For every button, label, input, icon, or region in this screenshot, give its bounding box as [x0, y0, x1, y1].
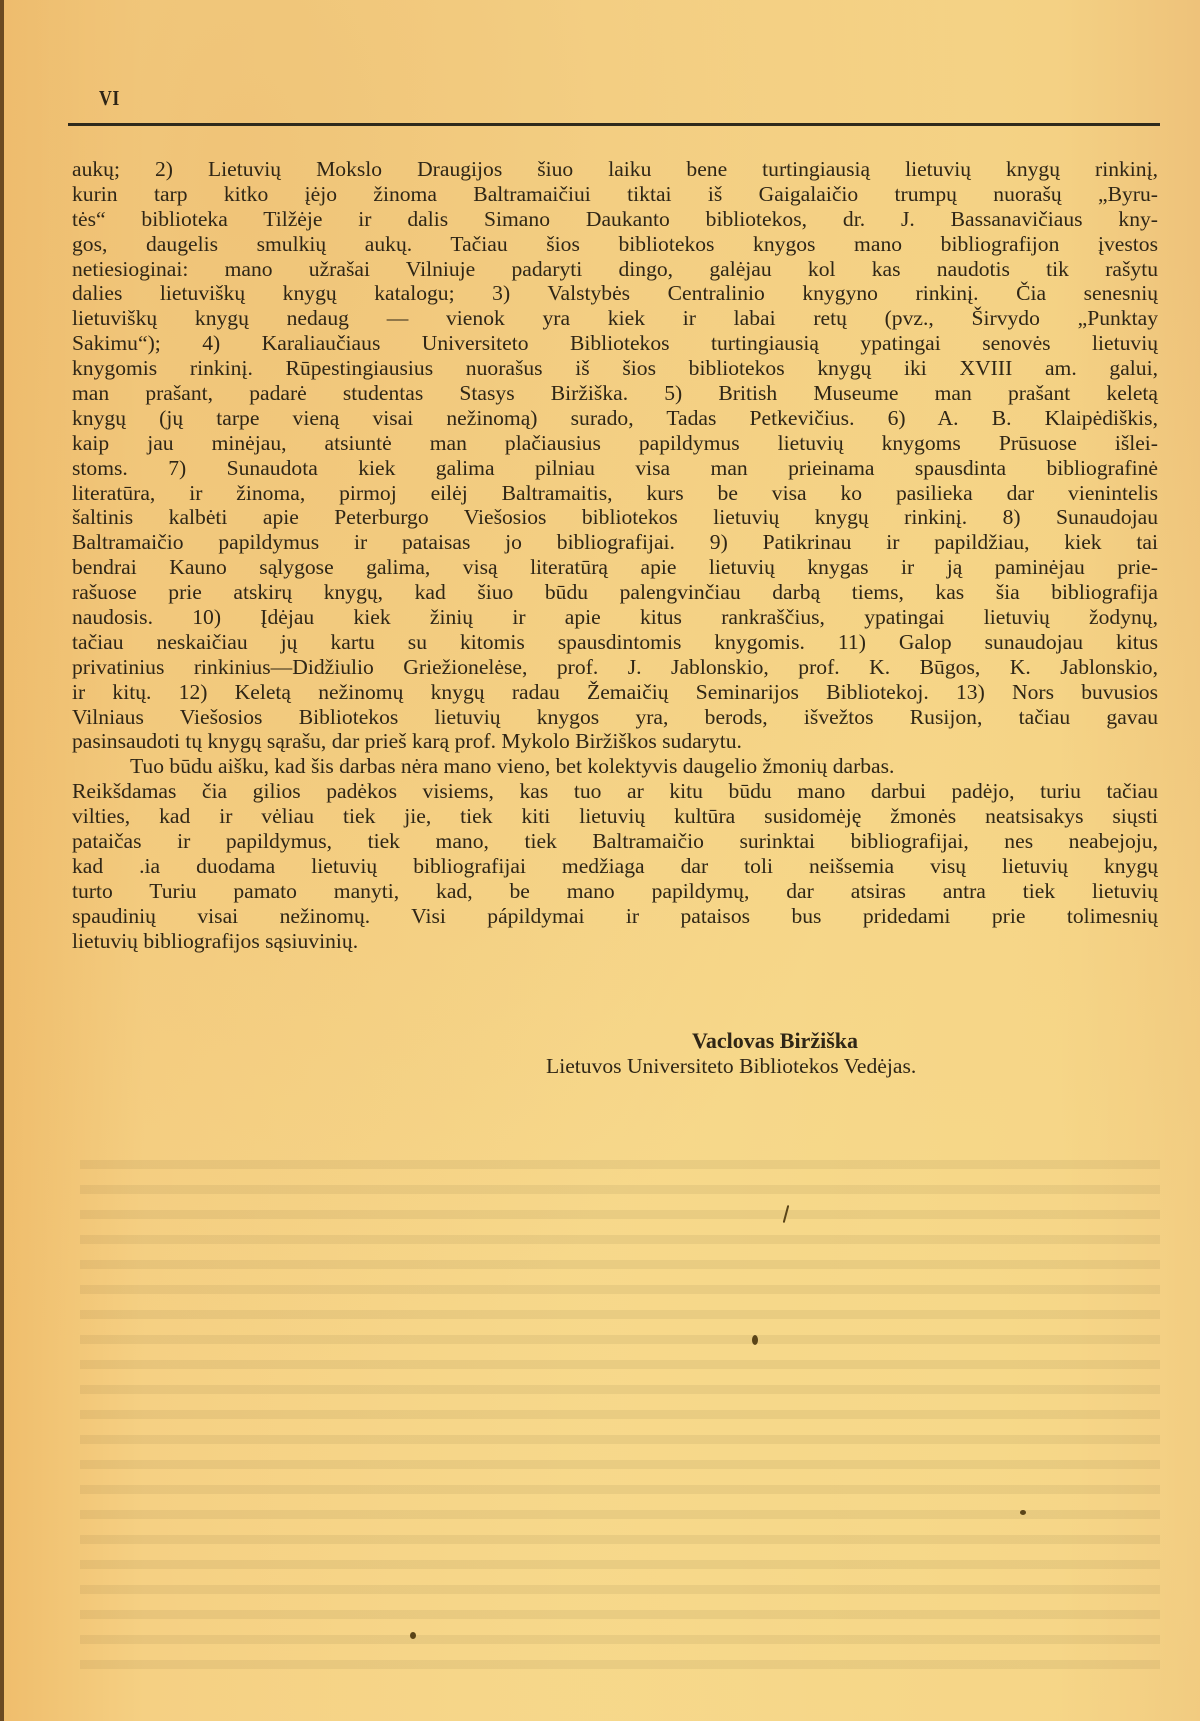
paper-speck — [752, 1335, 758, 1345]
text-line: aukų; 2) Lietuvių Mokslo Draugijos šiuo … — [72, 157, 1158, 182]
scanned-page: VI aukų; 2) Lietuvių Mokslo Draugijos ši… — [0, 0, 1200, 1721]
text-line: kad .ia duodama lietuvių bibliografijai … — [72, 854, 1158, 879]
signature-title: Lietuvos Universiteto Bibliotekos Vedėja… — [546, 1054, 916, 1079]
text-line: tačiau neskaičiau jų kartu su kitomis sp… — [72, 630, 1158, 655]
text-line: netiesioginai: mano užrašai Vilniuje pad… — [72, 257, 1158, 282]
text-line: Tuo būdu aišku, kad šis darbas nėra mano… — [72, 754, 1158, 779]
paper-speck — [410, 1632, 416, 1639]
text-line: knygų (jų tarpe vieną visai nežinomą) su… — [72, 406, 1158, 431]
text-line: literatūra, ir žinoma, pirmoj eilėj Balt… — [72, 481, 1158, 506]
text-line: tės“ biblioteka Tilžėje ir dalis Simano … — [72, 207, 1158, 232]
text-line: rašuose prie atskirų knygų, kad šiuo būd… — [72, 580, 1158, 605]
text-line: dalies lietuviškų knygų katalogu; 3) Val… — [72, 281, 1158, 306]
text-line: man prašant, padarė studentas Stasys Bir… — [72, 381, 1158, 406]
text-line: kurin tarp kitko įėjo žinoma Baltramaiči… — [72, 182, 1158, 207]
paragraph-sources-list: aukų; 2) Lietuvių Mokslo Draugijos šiuo … — [72, 157, 1158, 754]
text-line: Sakimu“); 4) Karaliaučiaus Universiteto … — [72, 331, 1158, 356]
text-line: vilties, kad ir vėliau tiek jie, tiek ki… — [72, 804, 1158, 829]
header-rule — [68, 123, 1160, 126]
text-line: naudosis. 10) Įdėjau kiek žinių ir apie … — [72, 605, 1158, 630]
text-line: gos, daugelis smulkių aukų. Tačiau šios … — [72, 232, 1158, 257]
text-line: Baltramaičio papildymus ir pataisas jo b… — [72, 530, 1158, 555]
text-line: bendrai Kauno sąlygose galima, visą lite… — [72, 555, 1158, 580]
text-line: šaltinis kalbėti apie Peterburgo Viešosi… — [72, 505, 1158, 530]
text-line: turto Turiu pamato manyti, kad, be mano … — [72, 879, 1158, 904]
text-line: ir kitų. 12) Keletą nežinomų knygų radau… — [72, 680, 1158, 705]
text-line: pataičas ir papildymus, tiek mano, tiek … — [72, 829, 1158, 854]
text-line: Vilniaus Viešosios Bibliotekos lietuvių … — [72, 705, 1158, 730]
text-line: pasinsaudoti tų knygų sąrašu, dar prieš … — [72, 729, 1158, 754]
body-text: aukų; 2) Lietuvių Mokslo Draugijos šiuo … — [72, 157, 1158, 954]
page-edge-shadow — [0, 0, 4, 1721]
text-line: kaip jau minėjau, atsiuntė man plačiausi… — [72, 431, 1158, 456]
text-line: knygomis rinkinį. Rūpestingiausius nuora… — [72, 356, 1158, 381]
show-through-text — [80, 1160, 1160, 1680]
paragraph-acknowledgement: Tuo būdu aišku, kad šis darbas nėra mano… — [72, 754, 1158, 953]
text-line: lietuvių bibliografijos sąsiuvinių. — [72, 929, 1158, 954]
text-line: stoms. 7) Sunaudota kiek galima pilniau … — [72, 456, 1158, 481]
text-line: Reikšdamas čia gilios padėkos visiems, k… — [72, 779, 1158, 804]
text-line: privatinius rinkinius—Didžiulio Griežion… — [72, 655, 1158, 680]
text-line: lietuviškų knygų nedaug — vienok yra kie… — [72, 306, 1158, 331]
paper-speck — [1020, 1510, 1026, 1515]
signature-name: Vaclovas Biržiška — [692, 1028, 858, 1054]
page-number: VI — [99, 86, 120, 111]
text-line: spaudinių visai nežinomų. Visi pápildyma… — [72, 904, 1158, 929]
